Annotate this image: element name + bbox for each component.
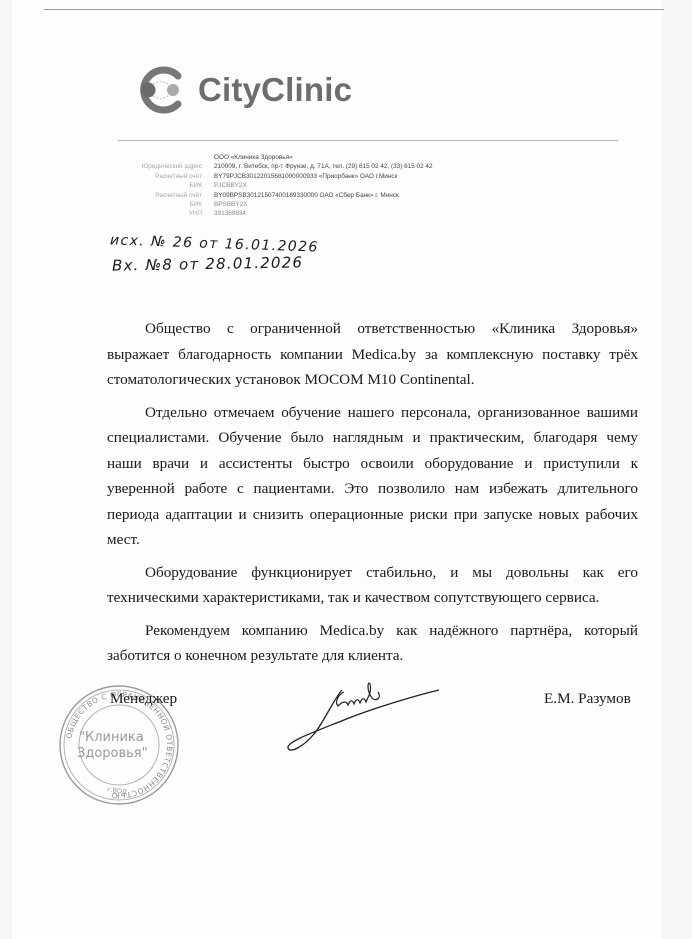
brand-name: CityClinic [198,71,352,109]
page-edge-line [44,9,664,10]
requisite-value: PJCBBY2X [214,181,247,190]
requisite-value: ООО «Клиника Здоровья» [214,153,293,162]
requisite-row: Расчетный счёт BY79PJCB30122015681000000… [116,172,433,181]
signature-block: Менеджер Е.М. Разумов [0,690,692,800]
requisite-value: BY09BPSB30121507400189330000 ОАО «Сбер Б… [214,191,399,200]
letter-body: Общество с ограниченной ответственностью… [107,316,638,676]
requisite-value: BY79PJCB30122015681000000933 «Приорбанк»… [214,172,397,181]
signer-name: Е.М. Разумов [544,690,631,708]
requisite-row: БИК PJCBBY2X [116,181,433,190]
requisite-value: BPSBBY2X [214,200,247,209]
header-divider [118,140,618,141]
requisite-label: БИК [116,181,214,190]
requisite-row: БИК BPSBBY2X [116,200,433,209]
cityclinic-logo-icon [136,64,188,116]
requisite-row: Юридический адрес 210009, г. Витебск, пр… [116,162,433,171]
signer-role: Менеджер [110,690,177,708]
letter-paragraph: Отдельно отмечаем обучение нашего персон… [107,400,638,553]
requisite-value: 210009, г. Витебск, пр-т Фрунзе, д. 71А,… [214,162,433,171]
requisite-label: Расчетный счёт [116,191,214,200]
letterhead-logo: CityClinic [136,64,352,116]
requisite-row: Расчетный счёт BY09BPSB30121507400189330… [116,191,433,200]
requisite-label [116,153,214,162]
requisite-label: БИК [116,200,214,209]
requisite-row: ООО «Клиника Здоровья» [116,153,433,162]
requisite-label: Юридический адрес [116,162,214,171]
requisite-value: 391369834 [214,209,246,218]
requisite-label: УНП [116,209,214,218]
letter-paragraph: Оборудование функционирует стабильно, и … [107,560,638,611]
company-requisites: ООО «Клиника Здоровья» Юридический адрес… [116,153,433,219]
letter-paragraph: Общество с ограниченной ответственностью… [107,316,638,393]
handwritten-signature [284,672,444,772]
handwritten-incoming-number: Вх. №8 от 28.01.2026 [112,253,303,274]
letter-paragraph: Рекомендуем компанию Medica.by как надёж… [107,618,638,669]
requisite-row: УНП 391369834 [116,209,433,218]
requisite-label: Расчетный счёт [116,172,214,181]
